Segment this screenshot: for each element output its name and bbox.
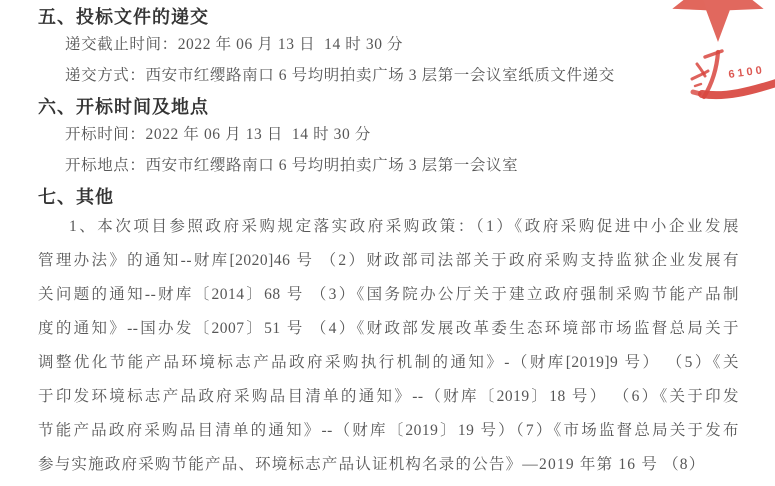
document-body: 五、投标文件的递交 递交截止时间：2022 年 06 月 13 日 14 时 3…: [0, 0, 775, 482]
submission-deadline-line: 递交截止时间：2022 年 06 月 13 日 14 时 30 分: [38, 29, 739, 60]
paragraph-line: 于印发环境标志产品政府采购品目清单的通知》--（财库〔2019〕18 号） （6…: [38, 380, 739, 414]
paragraph-line: 参与实施政府采购节能产品、环境标志产品认证机构名录的公告》—2019 年第 16…: [38, 448, 739, 482]
paragraph-line: 管理办法》的通知--财库[2020]46 号 （2）财政部司法部关于政府采购支持…: [38, 244, 739, 278]
section-heading-other: 七、其他: [38, 185, 739, 209]
section-heading-bid-submission: 五、投标文件的递交: [38, 5, 739, 29]
opening-time-line: 开标时间：2022 年 06 月 13 日 14 时 30 分: [38, 119, 739, 150]
section-heading-bid-opening: 六、开标时间及地点: [38, 95, 739, 119]
paragraph-line: 度的通知》--国办发〔2007〕51 号 （4）《财政部发展改革委生态环境部市场…: [38, 312, 739, 346]
opening-place-line: 开标地点：西安市红缨路南口 6 号均明拍卖广场 3 层第一会议室: [38, 150, 739, 181]
submission-method-line: 递交方式：西安市红缨路南口 6 号均明拍卖广场 3 层第一会议室纸质文件递交: [38, 60, 739, 91]
paragraph-line: 关问题的通知--财库〔2014〕68 号 （3）《国务院办公厅关于建立政府强制采…: [38, 278, 739, 312]
paragraph-line: 节能产品政府采购品目清单的通知》--（财库〔2019〕19 号）（7）《市场监督…: [38, 414, 739, 448]
paragraph-line: 1、本次项目参照政府采购规定落实政府采购政策：（1）《政府采购促进中小企业发展: [38, 210, 739, 244]
policy-paragraph: 1、本次项目参照政府采购规定落实政府采购政策：（1）《政府采购促进中小企业发展 …: [38, 210, 739, 482]
paragraph-line: 调整优化节能产品环境标志产品政府采购执行机制的通知》-（财库[2019]9 号）…: [38, 346, 739, 380]
scanned-bid-document-page: { "page": { "bg": "#ffffff", "heading_co…: [0, 0, 775, 486]
